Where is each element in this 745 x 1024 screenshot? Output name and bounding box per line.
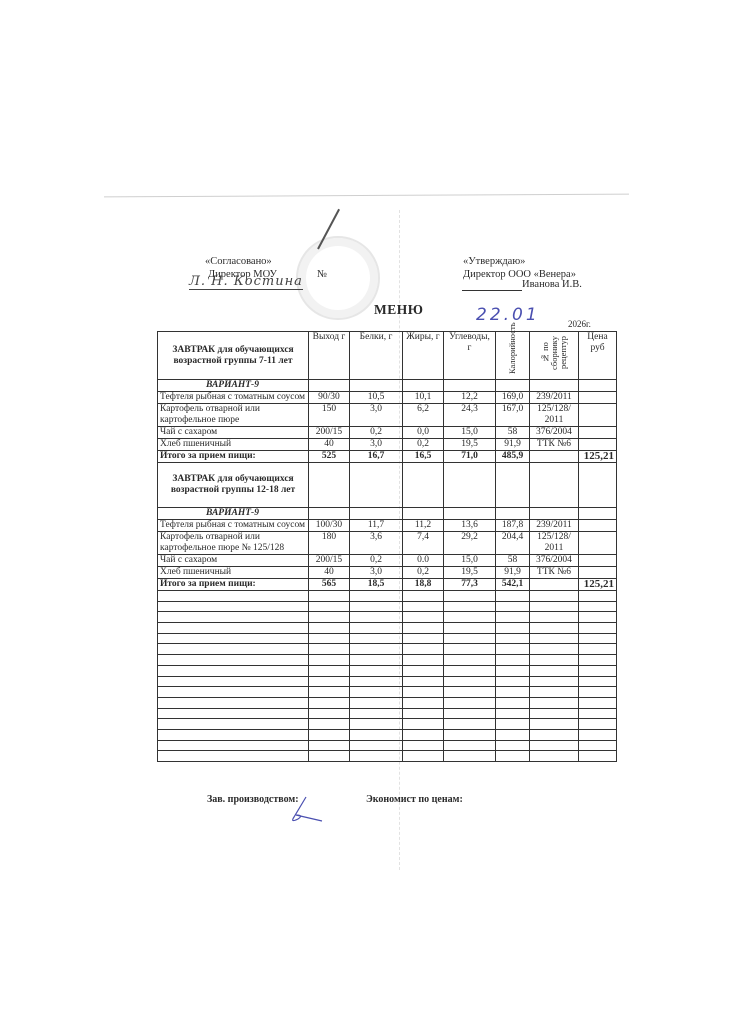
empty-cell	[496, 751, 530, 762]
approval-right-block: «Утверждаю» Директор ООО «Венера»	[463, 255, 576, 281]
approval-right-label: «Утверждаю»	[463, 255, 576, 268]
empty-cell	[530, 676, 579, 687]
dish-calories: 187,8	[496, 520, 530, 532]
dish-carbs: 15,0	[444, 427, 496, 439]
total-label: Итого за прием пищи:	[158, 451, 309, 463]
empty-row	[158, 719, 617, 730]
dish-fat: 6,2	[403, 404, 444, 427]
dish-recipe: ТТК №6	[530, 439, 579, 451]
dish-name: Тефтеля рыбная с томатным соусом	[158, 392, 309, 404]
empty-cell	[403, 380, 444, 392]
empty-cell	[496, 623, 530, 634]
table-row: Хлеб пшеничный403,00,219,591,9ТТК №6	[158, 439, 617, 451]
empty-cell	[403, 708, 444, 719]
dish-protein: 0,2	[350, 427, 403, 439]
empty-cell	[496, 687, 530, 698]
empty-cell	[579, 380, 617, 392]
dish-recipe: 376/2004	[530, 555, 579, 567]
column-header-calories-text: Калорийность	[508, 332, 517, 374]
empty-cell	[530, 591, 579, 602]
empty-cell	[350, 719, 403, 730]
empty-cell	[579, 676, 617, 687]
empty-cell	[350, 463, 403, 508]
empty-row	[158, 687, 617, 698]
dish-yield: 100/30	[309, 520, 350, 532]
empty-cell	[579, 751, 617, 762]
empty-cell	[496, 644, 530, 655]
column-header-fat: Жиры, г	[403, 332, 444, 380]
empty-cell	[158, 708, 309, 719]
empty-cell	[579, 687, 617, 698]
signature-left: Л. Н. Костина	[189, 274, 303, 290]
empty-cell	[350, 740, 403, 751]
total-price: 125,21	[579, 579, 617, 591]
dish-calories: 204,4	[496, 532, 530, 555]
empty-cell	[530, 633, 579, 644]
dish-carbs: 19,5	[444, 567, 496, 579]
empty-cell	[350, 601, 403, 612]
approval-right-name: Иванова И.В.	[522, 279, 582, 290]
column-header-price: Цена руб	[579, 332, 617, 380]
empty-cell	[496, 612, 530, 623]
empty-cell	[496, 591, 530, 602]
dish-calories: 58	[496, 555, 530, 567]
empty-cell	[403, 508, 444, 520]
empty-cell	[403, 644, 444, 655]
empty-cell	[158, 665, 309, 676]
empty-cell	[158, 687, 309, 698]
total-label: Итого за прием пищи:	[158, 579, 309, 591]
empty-row	[158, 697, 617, 708]
empty-cell	[530, 655, 579, 666]
empty-cell	[309, 591, 350, 602]
empty-cell	[158, 623, 309, 634]
empty-cell	[309, 601, 350, 612]
dish-price	[579, 427, 617, 439]
dish-carbs: 24,3	[444, 404, 496, 427]
variant-label: ВАРИАНТ-9	[158, 380, 309, 392]
footer-economist: Экономист по ценам:	[366, 794, 463, 805]
dish-name: Чай с сахаром	[158, 555, 309, 567]
empty-cell	[579, 463, 617, 508]
empty-cell	[444, 729, 496, 740]
empty-cell	[158, 612, 309, 623]
empty-cell	[579, 729, 617, 740]
total-fat: 18,8	[403, 579, 444, 591]
total-price: 125,21	[579, 451, 617, 463]
dish-name: Тефтеля рыбная с томатным соусом	[158, 520, 309, 532]
empty-cell	[496, 665, 530, 676]
empty-cell	[350, 633, 403, 644]
dish-fat: 0,0	[403, 427, 444, 439]
empty-cell	[444, 687, 496, 698]
empty-cell	[158, 591, 309, 602]
empty-cell	[530, 740, 579, 751]
empty-cell	[158, 751, 309, 762]
empty-cell	[403, 612, 444, 623]
empty-row	[158, 623, 617, 634]
empty-cell	[444, 463, 496, 508]
dish-recipe: 376/2004	[530, 427, 579, 439]
section-header-row: ЗАВТРАК для обучающихся возрастной групп…	[158, 463, 617, 508]
empty-cell	[496, 655, 530, 666]
dish-name: Картофель отварной или картофельное пюре…	[158, 532, 309, 555]
empty-cell	[530, 644, 579, 655]
empty-cell	[444, 708, 496, 719]
empty-row	[158, 740, 617, 751]
empty-cell	[309, 751, 350, 762]
empty-cell	[309, 740, 350, 751]
dish-carbs: 13,6	[444, 520, 496, 532]
empty-cell	[403, 697, 444, 708]
dish-yield: 90/30	[309, 392, 350, 404]
empty-cell	[530, 623, 579, 634]
dish-yield: 200/15	[309, 555, 350, 567]
empty-cell	[579, 655, 617, 666]
dish-price	[579, 555, 617, 567]
empty-cell	[444, 740, 496, 751]
empty-cell	[530, 463, 579, 508]
empty-cell	[496, 697, 530, 708]
column-header-protein: Белки, г	[350, 332, 403, 380]
dish-protein: 0,2	[350, 555, 403, 567]
empty-row	[158, 676, 617, 687]
empty-cell	[530, 687, 579, 698]
empty-cell	[530, 697, 579, 708]
total-row: Итого за прием пищи:52516,716,571,0485,9…	[158, 451, 617, 463]
empty-cell	[403, 751, 444, 762]
empty-cell	[350, 751, 403, 762]
empty-cell	[496, 729, 530, 740]
dish-fat: 10,1	[403, 392, 444, 404]
empty-cell	[403, 729, 444, 740]
empty-cell	[530, 380, 579, 392]
empty-cell	[350, 655, 403, 666]
dish-fat: 0,2	[403, 439, 444, 451]
empty-row	[158, 708, 617, 719]
empty-cell	[579, 665, 617, 676]
empty-cell	[579, 708, 617, 719]
section-title: ЗАВТРАК для обучающихся возрастной групп…	[158, 332, 309, 380]
dish-recipe: 125/128/ 2011	[530, 404, 579, 427]
empty-cell	[444, 751, 496, 762]
table-row: Чай с сахаром200/150,20.015,058376/2004	[158, 555, 617, 567]
empty-row	[158, 633, 617, 644]
empty-cell	[530, 708, 579, 719]
empty-cell	[350, 508, 403, 520]
dish-calories: 169,0	[496, 392, 530, 404]
dish-fat: 7,4	[403, 532, 444, 555]
variant-label: ВАРИАНТ-9	[158, 508, 309, 520]
empty-cell	[309, 463, 350, 508]
signature-line-right	[462, 290, 522, 291]
empty-cell	[496, 508, 530, 520]
table-row: Картофель отварной или картофельное пюре…	[158, 532, 617, 555]
variant-row: ВАРИАНТ-9	[158, 508, 617, 520]
total-recipe	[530, 451, 579, 463]
empty-cell	[403, 665, 444, 676]
empty-cell	[496, 601, 530, 612]
dish-name: Картофель отварной или картофельное пюре	[158, 404, 309, 427]
empty-cell	[350, 665, 403, 676]
empty-cell	[579, 719, 617, 730]
section-title: ЗАВТРАК для обучающихся возрастной групп…	[158, 463, 309, 508]
empty-cell	[530, 751, 579, 762]
dish-protein: 10,5	[350, 392, 403, 404]
dish-fat: 0,2	[403, 567, 444, 579]
approval-left-label: «Согласовано»	[205, 255, 327, 268]
empty-cell	[496, 740, 530, 751]
total-calories: 542,1	[496, 579, 530, 591]
empty-cell	[496, 708, 530, 719]
column-header-recipe: № по сборнику рецептур	[530, 332, 579, 380]
empty-cell	[444, 591, 496, 602]
empty-row	[158, 751, 617, 762]
empty-cell	[350, 380, 403, 392]
empty-cell	[403, 601, 444, 612]
empty-cell	[350, 676, 403, 687]
year-label: 2026г.	[568, 319, 591, 329]
dish-protein: 11,7	[350, 520, 403, 532]
dish-price	[579, 567, 617, 579]
dish-yield: 180	[309, 532, 350, 555]
empty-cell	[444, 612, 496, 623]
empty-cell	[403, 687, 444, 698]
empty-cell	[403, 655, 444, 666]
empty-cell	[530, 601, 579, 612]
empty-cell	[309, 708, 350, 719]
dish-name: Хлеб пшеничный	[158, 439, 309, 451]
empty-cell	[496, 380, 530, 392]
empty-cell	[309, 623, 350, 634]
empty-cell	[158, 601, 309, 612]
table-row: Тефтеля рыбная с томатным соусом100/3011…	[158, 520, 617, 532]
dish-carbs: 12,2	[444, 392, 496, 404]
empty-cell	[496, 633, 530, 644]
empty-cell	[444, 655, 496, 666]
empty-cell	[350, 687, 403, 698]
empty-cell	[530, 665, 579, 676]
column-header-recipe-text: № по сборнику рецептур	[541, 332, 568, 374]
dish-name: Хлеб пшеничный	[158, 567, 309, 579]
empty-cell	[444, 697, 496, 708]
dish-price	[579, 392, 617, 404]
empty-cell	[444, 623, 496, 634]
dish-yield: 200/15	[309, 427, 350, 439]
empty-cell	[158, 633, 309, 644]
empty-cell	[530, 612, 579, 623]
empty-cell	[350, 623, 403, 634]
empty-row	[158, 591, 617, 602]
empty-cell	[309, 697, 350, 708]
dish-carbs: 29,2	[444, 532, 496, 555]
column-header-carbs: Углеводы, г	[444, 332, 496, 380]
dish-recipe: 125/128/ 2011	[530, 532, 579, 555]
table-row: Хлеб пшеничный403,00,219,591,9ТТК №6	[158, 567, 617, 579]
empty-cell	[444, 665, 496, 676]
empty-cell	[444, 719, 496, 730]
empty-cell	[309, 729, 350, 740]
dish-fat: 11,2	[403, 520, 444, 532]
dish-yield: 40	[309, 567, 350, 579]
total-yield: 525	[309, 451, 350, 463]
empty-cell	[158, 655, 309, 666]
dish-recipe: ТТК №6	[530, 567, 579, 579]
dish-price	[579, 404, 617, 427]
dish-protein: 3,6	[350, 532, 403, 555]
empty-cell	[403, 591, 444, 602]
dish-protein: 3,0	[350, 404, 403, 427]
dish-fat: 0.0	[403, 555, 444, 567]
empty-cell	[309, 719, 350, 730]
empty-cell	[350, 644, 403, 655]
empty-cell	[496, 463, 530, 508]
dish-recipe: 239/2011	[530, 520, 579, 532]
total-row: Итого за прием пищи:56518,518,877,3542,1…	[158, 579, 617, 591]
empty-cell	[350, 697, 403, 708]
empty-cell	[579, 601, 617, 612]
column-header-yield: Выход г	[309, 332, 350, 380]
empty-cell	[350, 729, 403, 740]
empty-cell	[579, 591, 617, 602]
table-header-row: ЗАВТРАК для обучающихся возрастной групп…	[158, 332, 617, 380]
dish-price	[579, 532, 617, 555]
empty-cell	[309, 612, 350, 623]
empty-cell	[579, 508, 617, 520]
empty-cell	[496, 719, 530, 730]
page-title: МЕНЮ	[374, 302, 423, 318]
footer-signature	[288, 795, 328, 825]
empty-row	[158, 601, 617, 612]
empty-cell	[403, 719, 444, 730]
footer-production-head: Зав. производством:	[207, 794, 299, 805]
empty-cell	[350, 612, 403, 623]
empty-cell	[309, 380, 350, 392]
table-row: Чай с сахаром200/150,20,015,058376/2004	[158, 427, 617, 439]
empty-cell	[444, 676, 496, 687]
empty-row	[158, 729, 617, 740]
empty-cell	[158, 740, 309, 751]
empty-cell	[309, 687, 350, 698]
empty-cell	[444, 380, 496, 392]
dish-protein: 3,0	[350, 439, 403, 451]
dish-yield: 40	[309, 439, 350, 451]
empty-cell	[158, 719, 309, 730]
scan-artifact-line	[104, 194, 629, 198]
dish-carbs: 19,5	[444, 439, 496, 451]
table-row: Картофель отварной или картофельное пюре…	[158, 404, 617, 427]
column-header-calories: Калорийность	[496, 332, 530, 380]
empty-cell	[496, 676, 530, 687]
empty-cell	[579, 697, 617, 708]
empty-cell	[444, 508, 496, 520]
empty-cell	[309, 644, 350, 655]
empty-cell	[403, 740, 444, 751]
empty-row	[158, 612, 617, 623]
empty-cell	[579, 740, 617, 751]
empty-cell	[579, 644, 617, 655]
empty-cell	[444, 601, 496, 612]
empty-cell	[530, 508, 579, 520]
empty-cell	[158, 729, 309, 740]
dish-yield: 150	[309, 404, 350, 427]
empty-cell	[309, 676, 350, 687]
total-yield: 565	[309, 579, 350, 591]
empty-row	[158, 644, 617, 655]
empty-cell	[309, 508, 350, 520]
dish-calories: 91,9	[496, 439, 530, 451]
total-fat: 16,5	[403, 451, 444, 463]
dish-carbs: 15,0	[444, 555, 496, 567]
dish-name: Чай с сахаром	[158, 427, 309, 439]
empty-cell	[309, 655, 350, 666]
total-protein: 18,5	[350, 579, 403, 591]
dish-recipe: 239/2011	[530, 392, 579, 404]
empty-row	[158, 655, 617, 666]
empty-row	[158, 665, 617, 676]
variant-row: ВАРИАНТ-9	[158, 380, 617, 392]
total-carbs: 77,3	[444, 579, 496, 591]
table-row: Тефтеля рыбная с томатным соусом90/3010,…	[158, 392, 617, 404]
empty-cell	[309, 665, 350, 676]
dish-calories: 91,9	[496, 567, 530, 579]
empty-cell	[309, 633, 350, 644]
empty-cell	[403, 633, 444, 644]
empty-cell	[579, 633, 617, 644]
empty-cell	[530, 729, 579, 740]
empty-cell	[350, 708, 403, 719]
total-protein: 16,7	[350, 451, 403, 463]
dish-price	[579, 439, 617, 451]
dish-price	[579, 520, 617, 532]
empty-cell	[403, 676, 444, 687]
total-carbs: 71,0	[444, 451, 496, 463]
empty-cell	[444, 644, 496, 655]
empty-cell	[403, 463, 444, 508]
total-calories: 485,9	[496, 451, 530, 463]
empty-cell	[158, 644, 309, 655]
empty-cell	[444, 633, 496, 644]
empty-cell	[579, 612, 617, 623]
dish-calories: 58	[496, 427, 530, 439]
empty-cell	[158, 676, 309, 687]
dish-protein: 3,0	[350, 567, 403, 579]
approval-left-number: №	[317, 269, 327, 280]
dish-calories: 167,0	[496, 404, 530, 427]
empty-cell	[403, 623, 444, 634]
empty-cell	[579, 623, 617, 634]
empty-cell	[350, 591, 403, 602]
empty-cell	[530, 719, 579, 730]
total-recipe	[530, 579, 579, 591]
empty-cell	[158, 697, 309, 708]
menu-table: ЗАВТРАК для обучающихся возрастной групп…	[157, 331, 617, 762]
